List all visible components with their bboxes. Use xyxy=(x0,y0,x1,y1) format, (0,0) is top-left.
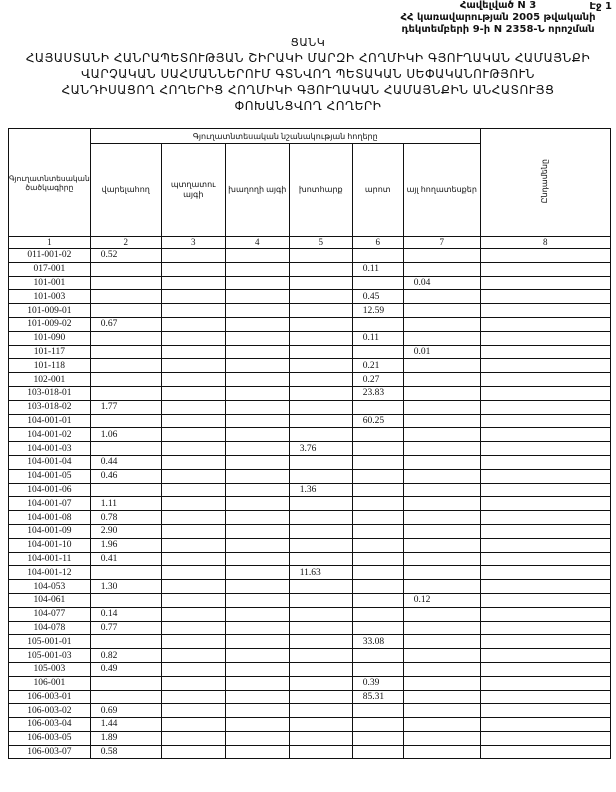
table-row: 104-001-021.06 xyxy=(9,428,611,442)
area-cell xyxy=(403,290,480,304)
area-cell xyxy=(403,428,480,442)
land-code-cell: 104-001-03 xyxy=(9,442,91,456)
table-row: 104-001-061.36 xyxy=(9,483,611,497)
area-cell xyxy=(161,317,225,331)
area-cell: 0.82 xyxy=(90,649,161,663)
document-title-line-1: ՀԱՅԱՍՏԱՆԻ ՀԱՆՐԱՊԵՏՈՒԹՅԱՆ ՇԻՐԱԿԻ ՄԱՐԶԻ ՀՈ… xyxy=(0,50,616,66)
table-row: 101-009-0112.59 xyxy=(9,304,611,318)
table-row: 011-001-020.52 xyxy=(9,249,611,263)
area-cell xyxy=(480,538,610,552)
area-cell xyxy=(161,262,225,276)
table-row: 106-003-051.89 xyxy=(9,731,611,745)
area-cell: 0.58 xyxy=(90,745,161,759)
area-cell xyxy=(480,731,610,745)
area-cell xyxy=(403,469,480,483)
area-cell xyxy=(403,538,480,552)
land-code-cell: 106-003-02 xyxy=(9,704,91,718)
area-cell xyxy=(90,442,161,456)
area-cell xyxy=(225,538,289,552)
area-cell xyxy=(90,593,161,607)
land-code-cell: 101-117 xyxy=(9,345,91,359)
area-cell xyxy=(90,483,161,497)
area-cell xyxy=(161,649,225,663)
area-cell xyxy=(352,718,403,732)
area-cell xyxy=(480,249,610,263)
area-cell: 0.14 xyxy=(90,607,161,621)
area-cell xyxy=(480,552,610,566)
area-cell xyxy=(161,442,225,456)
area-cell xyxy=(403,552,480,566)
area-cell xyxy=(480,607,610,621)
other-land-header: այլ հողատեսքեր xyxy=(403,144,480,237)
area-cell: 85.31 xyxy=(352,690,403,704)
land-code-cell: 101-001 xyxy=(9,276,91,290)
area-cell xyxy=(403,483,480,497)
agricultural-land-group-header: Գյուղատնտեսական նշանակության հողերը xyxy=(90,129,480,144)
area-cell xyxy=(161,621,225,635)
area-cell xyxy=(225,552,289,566)
area-cell xyxy=(289,552,352,566)
area-cell xyxy=(352,524,403,538)
area-cell xyxy=(90,386,161,400)
area-cell xyxy=(289,731,352,745)
area-cell xyxy=(225,400,289,414)
area-cell xyxy=(480,276,610,290)
land-code-cell: 103-018-01 xyxy=(9,386,91,400)
area-cell xyxy=(225,704,289,718)
area-cell: 1.89 xyxy=(90,731,161,745)
area-cell xyxy=(289,414,352,428)
land-code-cell: 105-001-03 xyxy=(9,649,91,663)
area-cell: 0.49 xyxy=(90,662,161,676)
area-cell xyxy=(352,455,403,469)
area-cell xyxy=(289,538,352,552)
land-code-cell: 104-001-01 xyxy=(9,414,91,428)
area-cell xyxy=(480,497,610,511)
area-cell xyxy=(403,400,480,414)
table-row: 101-009-020.67 xyxy=(9,317,611,331)
area-cell xyxy=(352,552,403,566)
area-cell: 0.41 xyxy=(90,552,161,566)
area-cell: 0.39 xyxy=(352,676,403,690)
annex-header: Հավելված N 3 ՀՀ կառավարության 2005 թվակա… xyxy=(380,0,616,36)
area-cell xyxy=(225,690,289,704)
area-cell xyxy=(289,304,352,318)
area-cell: 11.63 xyxy=(289,566,352,580)
land-code-cell: 104-078 xyxy=(9,621,91,635)
area-cell: 0.69 xyxy=(90,704,161,718)
hayfield-header: խոտհարք xyxy=(289,144,352,237)
area-cell xyxy=(161,428,225,442)
table-row: 104-001-110.41 xyxy=(9,552,611,566)
area-cell xyxy=(90,566,161,580)
land-code-cell: 104-001-12 xyxy=(9,566,91,580)
area-cell xyxy=(403,731,480,745)
land-code-cell: 102-001 xyxy=(9,373,91,387)
area-cell xyxy=(161,511,225,525)
column-number: 4 xyxy=(225,237,289,249)
document-title-word: ՑԱՆԿ xyxy=(0,35,616,51)
area-cell xyxy=(161,359,225,373)
area-cell xyxy=(480,331,610,345)
area-cell: 0.78 xyxy=(90,511,161,525)
area-cell xyxy=(289,262,352,276)
area-cell xyxy=(289,649,352,663)
area-cell xyxy=(403,607,480,621)
area-cell xyxy=(403,386,480,400)
land-code-cell: 101-003 xyxy=(9,290,91,304)
area-cell xyxy=(289,249,352,263)
area-cell xyxy=(352,345,403,359)
annex-government-line: ՀՀ կառավարության 2005 թվականի xyxy=(380,12,616,24)
area-cell: 0.01 xyxy=(403,345,480,359)
area-cell xyxy=(480,718,610,732)
area-cell xyxy=(403,249,480,263)
area-cell xyxy=(403,690,480,704)
area-cell xyxy=(289,607,352,621)
table-row: 104-0610.12 xyxy=(9,593,611,607)
arable-land-header: վարելահող xyxy=(90,144,161,237)
area-cell xyxy=(403,262,480,276)
land-code-cell: 104-061 xyxy=(9,593,91,607)
table-row: 103-018-0123.83 xyxy=(9,386,611,400)
area-cell xyxy=(90,635,161,649)
area-cell: 0.52 xyxy=(90,249,161,263)
area-cell xyxy=(225,290,289,304)
area-cell xyxy=(225,373,289,387)
orchard-header: պտղատու այգի xyxy=(161,144,225,237)
table-row: 104-001-080.78 xyxy=(9,511,611,525)
land-code-cell: 103-018-02 xyxy=(9,400,91,414)
area-cell xyxy=(403,635,480,649)
table-row: 106-003-020.69 xyxy=(9,704,611,718)
area-cell xyxy=(289,511,352,525)
area-cell xyxy=(289,290,352,304)
area-cell xyxy=(225,386,289,400)
table-row: 104-001-071.11 xyxy=(9,497,611,511)
area-cell xyxy=(90,262,161,276)
table-row: 101-0030.45 xyxy=(9,290,611,304)
table-row: 104-001-033.76 xyxy=(9,442,611,456)
area-cell xyxy=(289,373,352,387)
area-cell xyxy=(161,731,225,745)
area-cell xyxy=(225,442,289,456)
area-cell xyxy=(352,662,403,676)
column-number-row: 1 2 3 4 5 6 7 8 xyxy=(9,237,611,249)
area-cell xyxy=(352,469,403,483)
area-cell: 0.67 xyxy=(90,317,161,331)
area-cell xyxy=(225,718,289,732)
area-cell xyxy=(90,290,161,304)
area-cell xyxy=(403,676,480,690)
area-cell xyxy=(403,455,480,469)
area-cell xyxy=(289,331,352,345)
area-cell xyxy=(161,345,225,359)
area-cell xyxy=(352,580,403,594)
area-cell xyxy=(161,690,225,704)
area-cell xyxy=(480,566,610,580)
area-cell: 0.11 xyxy=(352,331,403,345)
area-cell xyxy=(289,317,352,331)
column-number: 7 xyxy=(403,237,480,249)
table-row: 106-003-041.44 xyxy=(9,718,611,732)
area-cell xyxy=(225,359,289,373)
land-code-cell: 105-001-01 xyxy=(9,635,91,649)
area-cell xyxy=(403,497,480,511)
area-cell xyxy=(161,373,225,387)
table-row: 103-018-021.77 xyxy=(9,400,611,414)
area-cell xyxy=(289,345,352,359)
area-cell xyxy=(352,276,403,290)
area-cell: 0.45 xyxy=(352,290,403,304)
area-cell xyxy=(352,607,403,621)
land-code-cell: 011-001-02 xyxy=(9,249,91,263)
column-number: 5 xyxy=(289,237,352,249)
area-cell xyxy=(480,745,610,759)
area-cell xyxy=(225,731,289,745)
area-cell xyxy=(225,483,289,497)
area-cell xyxy=(480,414,610,428)
table-row: 105-0030.49 xyxy=(9,662,611,676)
area-cell xyxy=(289,593,352,607)
area-cell xyxy=(225,676,289,690)
area-cell xyxy=(289,662,352,676)
area-cell xyxy=(161,552,225,566)
area-cell xyxy=(161,745,225,759)
area-cell xyxy=(403,359,480,373)
land-code-cell: 104-001-09 xyxy=(9,524,91,538)
land-code-cell: 101-090 xyxy=(9,331,91,345)
table-row: 104-001-092.90 xyxy=(9,524,611,538)
land-code-cell: 104-001-08 xyxy=(9,511,91,525)
land-code-cell: 104-001-07 xyxy=(9,497,91,511)
area-cell: 60.25 xyxy=(352,414,403,428)
document-title-line-2: ՎԱՐՉԱԿԱՆ ՍԱՀՄԱՆՆԵՐՈՒՄ ԳՏՆՎՈՂ ՊԵՏԱԿԱՆ ՍԵՓ… xyxy=(0,66,616,82)
table-row: 104-0780.77 xyxy=(9,621,611,635)
area-cell xyxy=(161,386,225,400)
area-cell xyxy=(161,593,225,607)
land-list-table: Գյուղատնտեսական ծածկագիրը Գյուղատնտեսակա… xyxy=(8,128,611,759)
area-cell xyxy=(403,511,480,525)
area-cell: 0.11 xyxy=(352,262,403,276)
area-cell xyxy=(480,304,610,318)
area-cell: 0.21 xyxy=(352,359,403,373)
area-cell: 0.12 xyxy=(403,593,480,607)
area-cell xyxy=(161,607,225,621)
area-cell xyxy=(90,414,161,428)
area-cell xyxy=(225,566,289,580)
area-cell xyxy=(352,731,403,745)
column-number: 2 xyxy=(90,237,161,249)
table-row: 102-0010.27 xyxy=(9,373,611,387)
table-row: 017-0010.11 xyxy=(9,262,611,276)
area-cell xyxy=(352,566,403,580)
area-cell: 0.04 xyxy=(403,276,480,290)
area-cell xyxy=(352,704,403,718)
table-row: 104-001-050.46 xyxy=(9,469,611,483)
area-cell xyxy=(480,621,610,635)
area-cell xyxy=(480,455,610,469)
area-cell: 0.46 xyxy=(90,469,161,483)
code-column-header: Գյուղատնտեսական ծածկագիրը xyxy=(9,129,91,237)
table-row: 104-0531.30 xyxy=(9,580,611,594)
land-code-cell: 106-003-04 xyxy=(9,718,91,732)
area-cell xyxy=(225,662,289,676)
area-cell xyxy=(480,524,610,538)
table-row: 104-001-040.44 xyxy=(9,455,611,469)
area-cell: 23.83 xyxy=(352,386,403,400)
area-cell xyxy=(225,262,289,276)
area-cell: 12.59 xyxy=(352,304,403,318)
area-cell xyxy=(480,359,610,373)
table-row: 104-0770.14 xyxy=(9,607,611,621)
land-code-cell: 104-001-10 xyxy=(9,538,91,552)
area-cell xyxy=(161,580,225,594)
area-cell xyxy=(161,635,225,649)
area-cell: 1.36 xyxy=(289,483,352,497)
area-cell xyxy=(161,400,225,414)
area-cell xyxy=(403,566,480,580)
table-row: 104-001-0160.25 xyxy=(9,414,611,428)
area-cell xyxy=(161,524,225,538)
area-cell xyxy=(480,690,610,704)
area-cell xyxy=(161,718,225,732)
area-cell: 3.76 xyxy=(289,442,352,456)
area-cell xyxy=(480,400,610,414)
land-code-cell: 104-001-06 xyxy=(9,483,91,497)
area-cell xyxy=(480,469,610,483)
area-cell xyxy=(225,414,289,428)
document-title-line-4: ՓՈԽԱՆՑՎՈՂ ՀՈՂԵՐԻ xyxy=(0,98,616,114)
area-cell xyxy=(289,580,352,594)
area-cell xyxy=(225,249,289,263)
land-code-cell: 104-001-11 xyxy=(9,552,91,566)
area-cell xyxy=(403,304,480,318)
column-number: 6 xyxy=(352,237,403,249)
area-cell xyxy=(289,455,352,469)
area-cell: 33.08 xyxy=(352,635,403,649)
pasture-header: արոտ xyxy=(352,144,403,237)
area-cell xyxy=(161,276,225,290)
area-cell xyxy=(480,290,610,304)
table-row: 106-0010.39 xyxy=(9,676,611,690)
area-cell xyxy=(480,428,610,442)
total-column-header: Ընդամենը xyxy=(480,129,610,237)
area-cell xyxy=(90,304,161,318)
area-cell xyxy=(403,718,480,732)
area-cell xyxy=(90,373,161,387)
area-cell xyxy=(289,400,352,414)
area-cell xyxy=(161,304,225,318)
area-cell xyxy=(90,331,161,345)
area-cell xyxy=(90,276,161,290)
table-row: 101-1180.21 xyxy=(9,359,611,373)
area-cell xyxy=(289,276,352,290)
area-cell xyxy=(352,400,403,414)
area-cell xyxy=(352,497,403,511)
area-cell xyxy=(225,607,289,621)
document-title-line-3: ՀԱՆԴԻՍԱՑՈՂ ՀՈՂԵՐԻՑ ՀՈՂՄԻԿԻ ԳՅՈՒՂԱԿԱՆ ՀԱՄ… xyxy=(0,82,616,98)
land-code-cell: 106-003-07 xyxy=(9,745,91,759)
area-cell xyxy=(90,690,161,704)
area-cell xyxy=(403,414,480,428)
area-cell xyxy=(289,690,352,704)
table-row: 101-0900.11 xyxy=(9,331,611,345)
area-cell xyxy=(225,331,289,345)
area-cell xyxy=(289,676,352,690)
area-cell xyxy=(480,511,610,525)
area-cell xyxy=(403,704,480,718)
area-cell xyxy=(225,524,289,538)
area-cell xyxy=(289,704,352,718)
area-cell xyxy=(289,718,352,732)
land-code-cell: 101-118 xyxy=(9,359,91,373)
area-cell: 1.44 xyxy=(90,718,161,732)
area-cell xyxy=(225,276,289,290)
area-cell xyxy=(161,455,225,469)
area-cell xyxy=(352,317,403,331)
land-code-cell: 105-003 xyxy=(9,662,91,676)
area-cell xyxy=(403,662,480,676)
land-code-cell: 106-001 xyxy=(9,676,91,690)
area-cell xyxy=(480,483,610,497)
area-cell xyxy=(161,290,225,304)
area-cell xyxy=(225,593,289,607)
table-row: 105-001-030.82 xyxy=(9,649,611,663)
area-cell: 2.90 xyxy=(90,524,161,538)
total-column-label: Ընդամենը xyxy=(540,159,550,203)
area-cell xyxy=(352,249,403,263)
area-cell xyxy=(289,386,352,400)
area-cell xyxy=(352,649,403,663)
area-cell xyxy=(225,317,289,331)
area-cell xyxy=(480,593,610,607)
area-cell xyxy=(352,428,403,442)
area-cell xyxy=(352,511,403,525)
area-cell xyxy=(225,428,289,442)
area-cell xyxy=(161,249,225,263)
area-cell xyxy=(289,469,352,483)
area-cell xyxy=(289,621,352,635)
table-row: 104-001-101.96 xyxy=(9,538,611,552)
table-row: 101-0010.04 xyxy=(9,276,611,290)
area-cell xyxy=(403,331,480,345)
area-cell xyxy=(225,745,289,759)
area-cell: 0.77 xyxy=(90,621,161,635)
area-cell xyxy=(225,580,289,594)
area-cell xyxy=(161,414,225,428)
area-cell: 1.06 xyxy=(90,428,161,442)
area-cell xyxy=(289,359,352,373)
area-cell xyxy=(90,345,161,359)
table-row: 101-1170.01 xyxy=(9,345,611,359)
land-code-cell: 106-003-05 xyxy=(9,731,91,745)
vineyard-header: խաղողի այգի xyxy=(225,144,289,237)
land-code-cell: 104-001-05 xyxy=(9,469,91,483)
area-cell: 1.11 xyxy=(90,497,161,511)
area-cell xyxy=(403,745,480,759)
column-number: 8 xyxy=(480,237,610,249)
area-cell xyxy=(225,497,289,511)
area-cell xyxy=(352,593,403,607)
area-cell xyxy=(403,580,480,594)
table-row: 105-001-0133.08 xyxy=(9,635,611,649)
area-cell xyxy=(161,662,225,676)
land-code-cell: 101-009-01 xyxy=(9,304,91,318)
area-cell xyxy=(225,621,289,635)
area-cell xyxy=(90,359,161,373)
land-code-cell: 104-053 xyxy=(9,580,91,594)
